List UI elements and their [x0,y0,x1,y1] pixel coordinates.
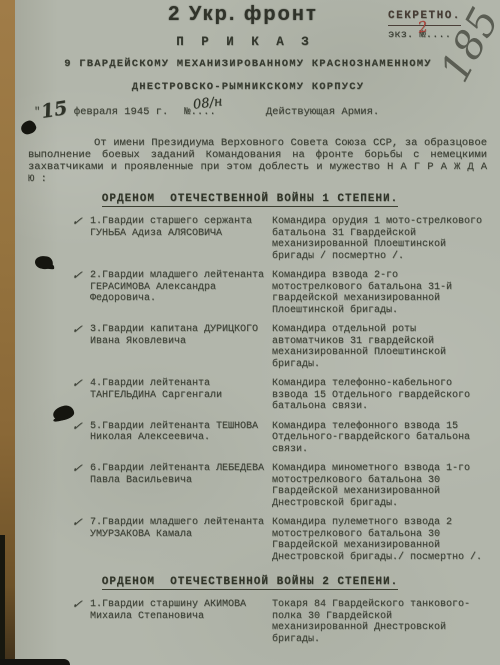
award-entry: ✓ 7.Гвардии младшего лейтенанта УМУРЗАКО… [72,517,492,563]
award-entry: ✓ 6.Гвардии лейтенанта ЛЕБЕДЕВА Павла Ва… [72,463,492,509]
checkmark: ✓ [71,270,91,282]
order-number-block: №....08/н [184,106,216,118]
preamble: От имени Президиума Верховного Совета Со… [28,137,487,185]
entry-name: 1.Гвардии старшину АКИМОВА Михаила Степа… [90,599,268,622]
entry-position: Командира телефонного взвода 15 Отдельно… [272,421,492,456]
award-entry: ✓ 4.Гвардии лейтенанта ТАНГЕЛЬДИНА Сарге… [72,378,492,413]
award-entry: ✓ 5.Гвардии лейтенанта ТЕШНОВА Николая А… [72,421,492,456]
entry-name: 3.Гвардии капитана ДУРИЦКОГО Ивана Яковл… [90,324,268,347]
checkmark: ✓ [71,463,91,475]
addressee-line-2: ДНЕСТРОВСКО-РЫМНИКСКОМУ КОРПУСУ [0,81,496,93]
copy-number-handwritten: 2 [417,19,429,35]
date-quote: " [34,106,40,118]
date-rest: февраля 1945 г. [74,106,169,118]
entry-name: 4.Гвардии лейтенанта ТАНГЕЛЬДИНА Саргенг… [90,378,268,401]
section-heading-1: ОРДЕНОМ ОТЕЧЕСТВЕННОЙ ВОЙНЫ 1 СТЕПЕНИ. [0,188,500,206]
checkmark: ✓ [71,421,91,433]
date-day-handwritten: 15 [40,97,70,123]
section-heading-2: ОРДЕНОМ ОТЕЧЕСТВЕННОЙ ВОЙНЫ 2 СТЕПЕНИ. [0,571,500,589]
entry-position: Командира телефонно-кабельного взвода 15… [272,378,492,413]
order-title: П Р И К А З [0,35,490,49]
award-entry: ✓ 2.Гвардии младшего лейтенанта ГЕРАСИМО… [72,270,492,316]
order-number-handwritten: 08/н [192,94,223,112]
entry-name: 1.Гвардии старшего сержанта ГУНЬБА Адиза… [90,216,268,239]
award-entry: ✓ 1.Гвардии старшего сержанта ГУНЬБА Ади… [72,216,492,262]
entry-name: 6.Гвардии лейтенанта ЛЕБЕДЕВА Павла Васи… [90,463,268,486]
page-bottom-edge [0,659,70,665]
award-entry: ✓ 1.Гвардии старшину АКИМОВА Михаила Сте… [72,599,492,645]
entry-position: Командира пулеметного взвода 2 мотострел… [272,517,492,563]
army-label: Действующая Армия. [266,106,379,118]
entry-position: Командира отдельной роты автоматчиков 31… [272,324,492,370]
award-sections: ОРДЕНОМ ОТЕЧЕСТВЕННОЙ ВОЙНЫ 1 СТЕПЕНИ. ✓… [0,188,500,653]
entry-name: 5.Гвардии лейтенанта ТЕШНОВА Николая Але… [90,421,268,444]
checkmark: ✓ [71,324,91,336]
entry-position: Токаря 84 Гвардейского танкового-полка 3… [272,599,492,645]
entry-position: Командира орудия 1 мото-стрелкового бата… [272,216,492,262]
ink-blot [19,119,37,136]
checkmark: ✓ [71,378,91,390]
addressee-line-1: 9 ГВАРДЕЙСКОМУ МЕХАНИЗИРОВАННОМУ КРАСНОЗ… [0,58,496,70]
entry-position: Командира взвода 2-го мотострелкового ба… [272,270,492,316]
entry-position: Командира минометного взвода 1-го мотост… [272,463,492,509]
entry-name: 2.Гвардии младшего лейтенанта ГЕРАСИМОВА… [90,270,268,305]
section-heading-2-text: ОРДЕНОМ ОТЕЧЕСТВЕННОЙ ВОЙНЫ 2 СТЕПЕНИ. [102,576,398,590]
checkmark: ✓ [71,599,91,611]
entry-name: 7.Гвардии младшего лейтенанта УМУРЗАКОВА… [90,517,268,540]
checkmark: ✓ [71,216,91,228]
award-entry: ✓ 3.Гвардии капитана ДУРИЦКОГО Ивана Яко… [72,324,492,370]
date-line: "15февраля 1945 г.№....08/нДействующая А… [34,99,492,121]
section-heading-1-text: ОРДЕНОМ ОТЕЧЕСТВЕННОЙ ВОЙНЫ 1 СТЕПЕНИ. [102,193,398,207]
scanned-order-page: 2 Укр. фронт СЕКРЕТНО. экз. №.... 2 185 … [0,0,500,665]
checkmark: ✓ [71,517,91,529]
